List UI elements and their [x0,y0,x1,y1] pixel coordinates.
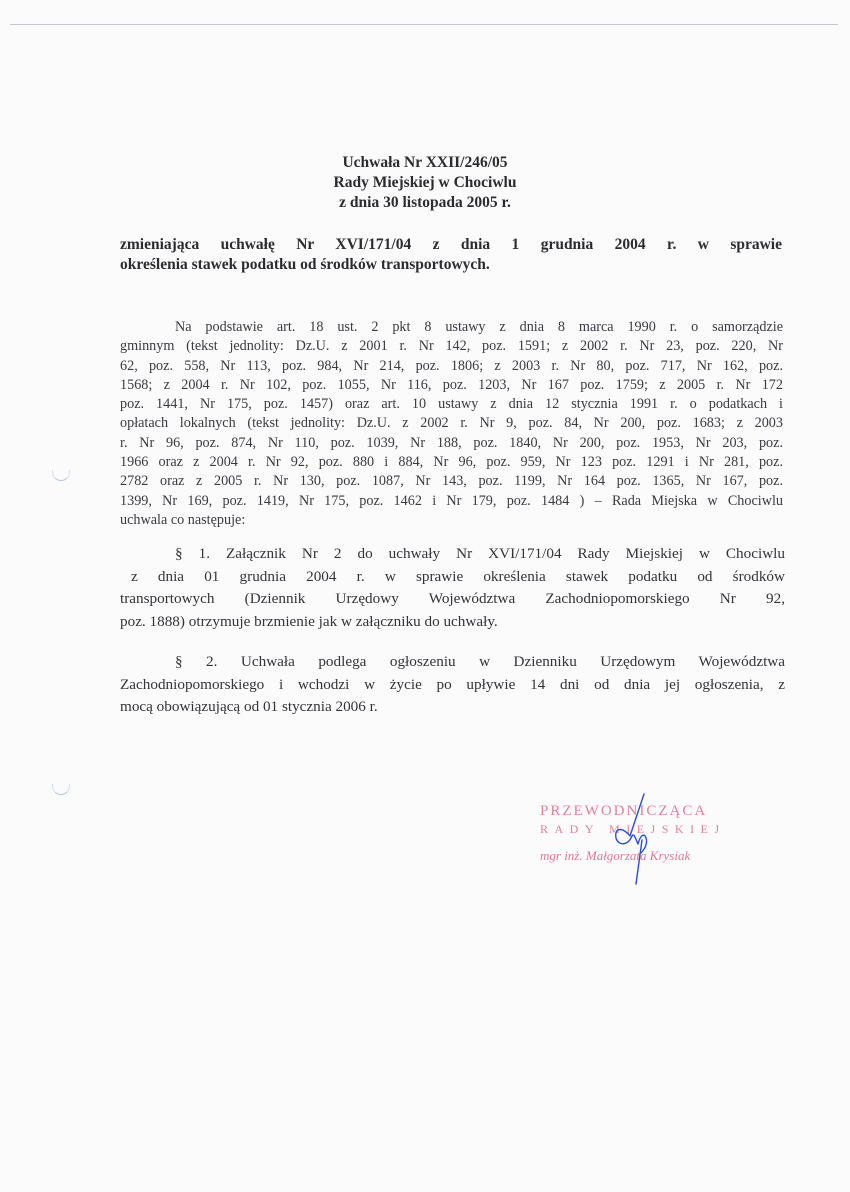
section-line: § 2. Uchwała podlega ogłoszeniu w Dzienn… [120,651,785,674]
preamble-line: 1568; z 2004 r. Nr 102, poz. 1055, Nr 11… [120,376,783,395]
punch-hole-icon [52,470,70,481]
punch-hole-icon [52,784,70,795]
section-line: z dnia 01 grudnia 2004 r. w sprawie okre… [120,566,785,589]
preamble-line: uchwala co następuje: [120,511,783,530]
preamble-line: 62, poz. 558, Nr 113, poz. 984, Nr 214, … [120,357,783,376]
preamble-line: poz. 1441, Nr 175, poz. 1457) oraz art. … [120,395,783,414]
handwritten-signature-icon [600,788,680,888]
section-line: transportowych (Dziennik Urzędowy Wojewó… [120,588,785,611]
section-2-paragraph: § 2. Uchwała podlega ogłoszeniu w Dzienn… [120,651,785,719]
preamble-line: r. Nr 96, poz. 874, Nr 110, poz. 1039, N… [120,434,783,453]
section-1-paragraph: § 1. Załącznik Nr 2 do uchwały Nr XVI/17… [120,543,785,633]
preamble-line: gminnym (tekst jednolity: Dz.U. z 2001 r… [120,337,783,356]
subject-line: zmieniająca uchwałę Nr XVI/171/04 z dnia… [120,235,782,255]
section-line: § 1. Załącznik Nr 2 do uchwały Nr XVI/17… [120,543,785,566]
preamble-line: opłatach lokalnych (tekst jednolity: Dz.… [120,414,783,433]
section-line: mocą obowiązującą od 01 stycznia 2006 r. [120,696,785,719]
resolution-subject: zmieniająca uchwałę Nr XVI/171/04 z dnia… [120,235,782,275]
section-line: poz. 1888) otrzymuje brzmienie jak w zał… [120,611,785,634]
subject-line: określenia stawek podatku od środków tra… [120,255,782,275]
preamble-line: Na podstawie art. 18 ust. 2 pkt 8 ustawy… [120,318,783,337]
resolution-heading: Uchwała Nr XXII/246/05 Rady Miejskiej w … [0,153,850,213]
preamble-line: 1399, Nr 169, poz. 1419, Nr 175, poz. 14… [120,492,783,511]
section-line: Zachodniopomorskiego i wchodzi w życie p… [120,674,785,697]
resolution-date: z dnia 30 listopada 2005 r. [0,193,850,213]
scan-edge-line [10,24,838,25]
preamble-line: 2782 oraz z 2005 r. Nr 130, poz. 1087, N… [120,472,783,491]
resolution-number: Uchwała Nr XXII/246/05 [0,153,850,173]
council-name: Rady Miejskiej w Chociwlu [0,173,850,193]
preamble-line: 1966 oraz z 2004 r. Nr 92, poz. 880 i 88… [120,453,783,472]
legal-basis-paragraph: Na podstawie art. 18 ust. 2 pkt 8 ustawy… [120,318,783,530]
